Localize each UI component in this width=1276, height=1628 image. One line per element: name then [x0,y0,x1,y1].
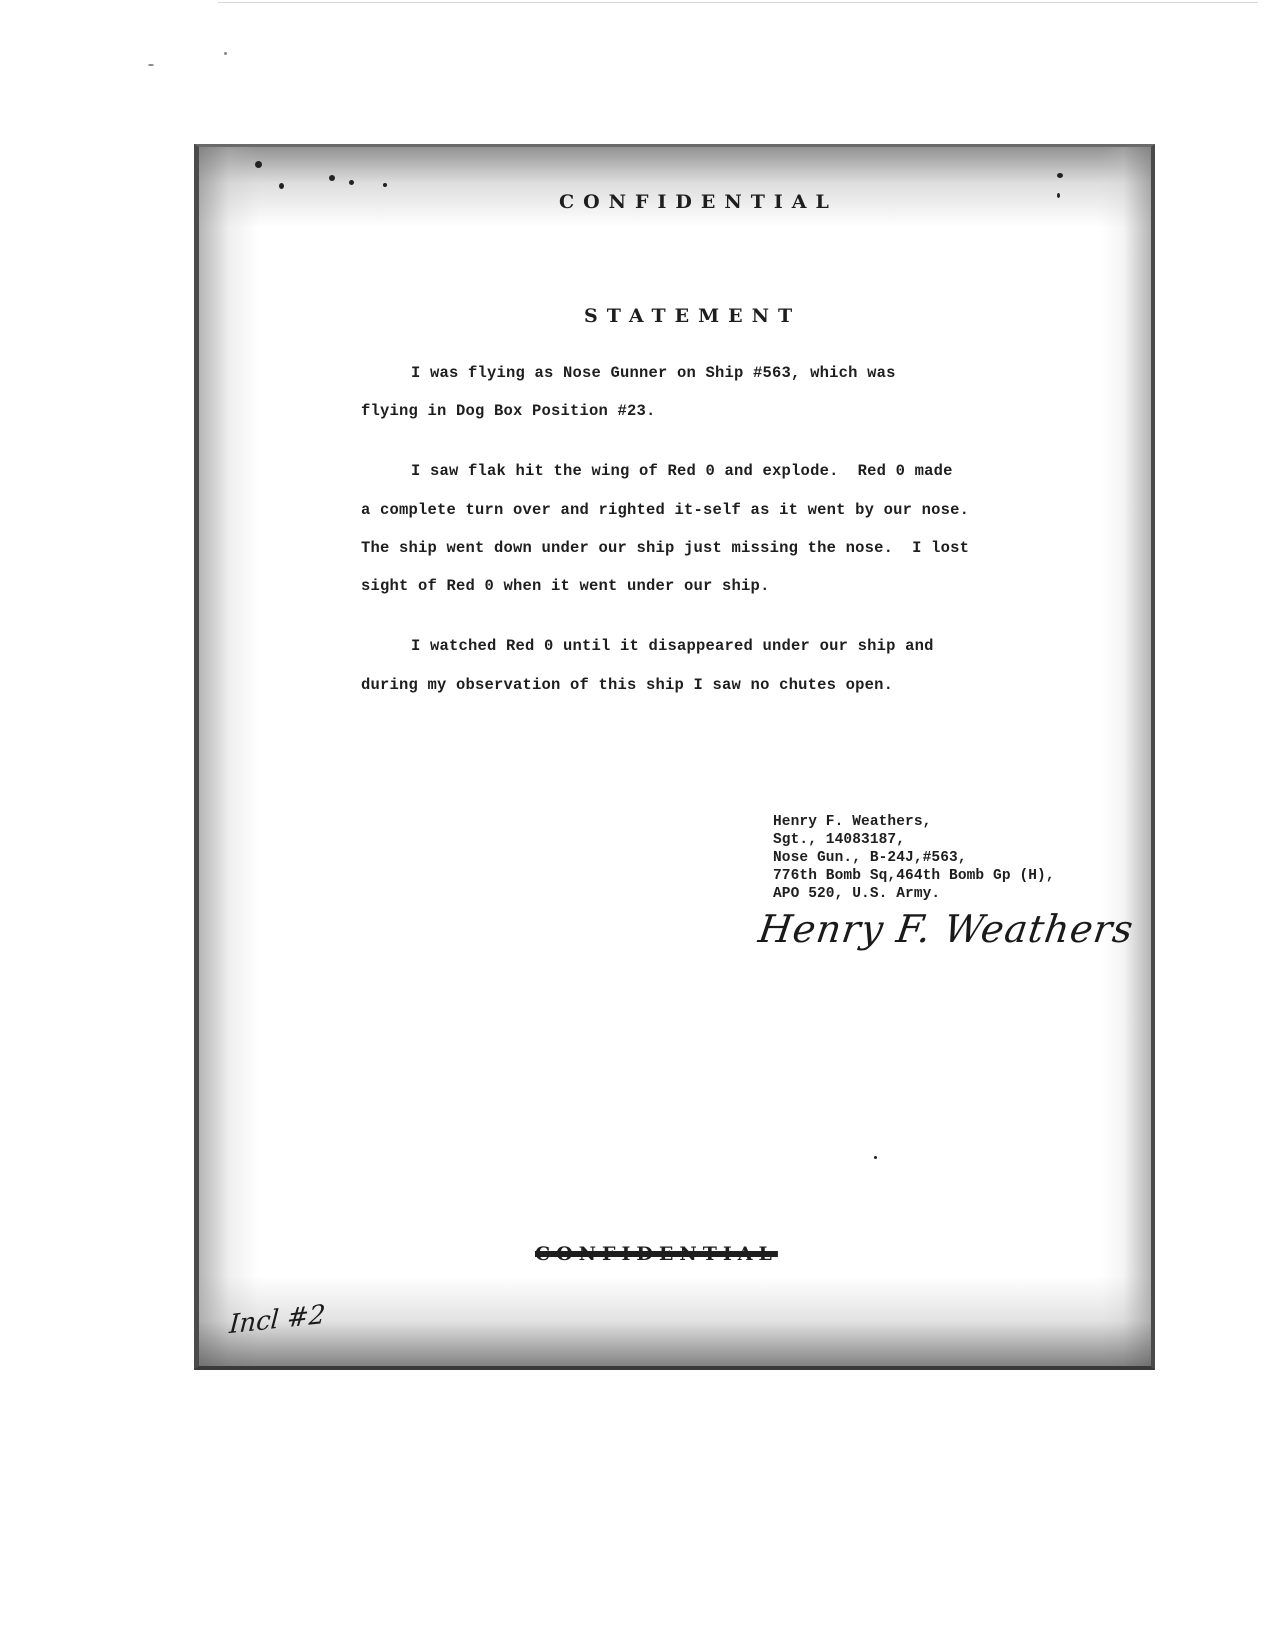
page-grime-right [1101,147,1151,1366]
scanned-page: CONFIDENTIAL STATEMENT I was flying as N… [194,144,1155,1370]
ink-blot [383,183,387,187]
body-line: I was flying as Nose Gunner on Ship #563… [411,364,896,382]
scan-speck [148,64,154,66]
classification-header: CONFIDENTIAL [559,191,799,213]
signature-block-line: 776th Bomb Sq,464th Bomb Gp (H), [773,868,1055,884]
ink-blot [1057,173,1063,178]
scan-speck [224,52,227,55]
document-title: STATEMENT [584,305,764,327]
body-line: during my observation of this ship I saw… [361,676,893,694]
classification-footer-struck: CONFIDENTIAL [535,1243,778,1265]
body-line: The ship went down under our ship just m… [361,539,969,557]
body-line: flying in Dog Box Position #23. [361,402,656,420]
ink-blot [279,183,284,189]
body-line: I saw flak hit the wing of Red 0 and exp… [411,462,953,480]
body-line: I watched Red 0 until it disappeared und… [411,637,934,655]
handwritten-signature: Henry F. Weathers [756,907,1137,951]
signature-block-line: APO 520, U.S. Army. [773,886,940,902]
body-line: sight of Red 0 when it went under our sh… [361,577,770,595]
ink-blot [329,175,335,181]
ink-blot [349,180,354,185]
body-line: a complete turn over and righted it-self… [361,501,969,519]
page-grime-top [199,147,1151,227]
page-grime-left [199,147,259,1366]
signature-block-line: Henry F. Weathers, [773,814,931,830]
signature-block-line: Sgt., 14083187, [773,832,905,848]
scan-edge-line [218,2,1258,3]
ink-blot [874,1156,877,1159]
ink-blot [1057,193,1060,198]
page-grime-bottom [199,1276,1151,1366]
signature-block-line: Nose Gun., B-24J,#563, [773,850,967,866]
ink-blot [255,161,262,168]
